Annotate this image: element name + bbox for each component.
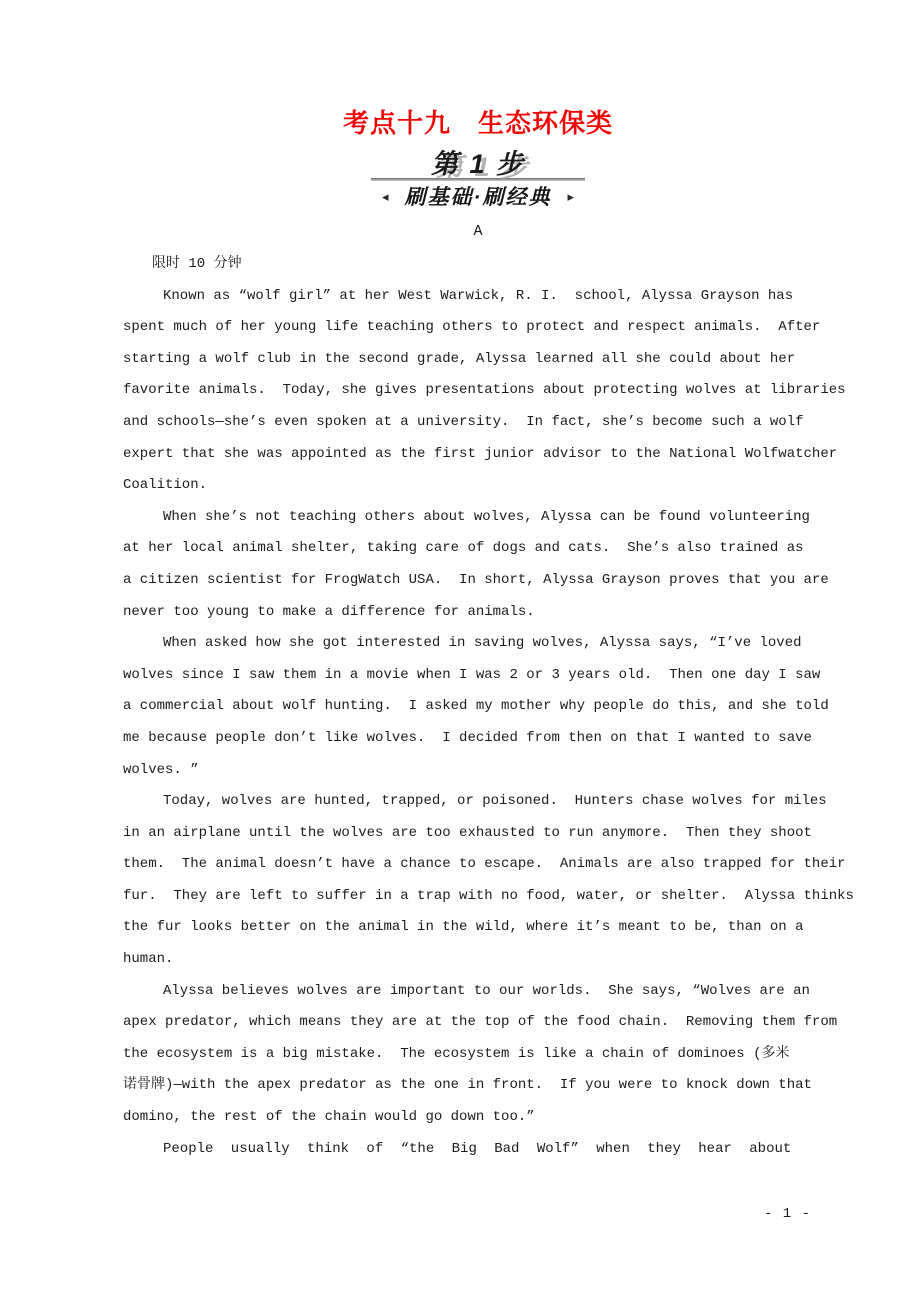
passage-line: the fur looks better on the animal in th… [123, 912, 833, 944]
right-arrow-icon: ▸ [568, 190, 575, 203]
passage-line: never too young to make a difference for… [123, 597, 833, 629]
passage-line: at her local animal shelter, taking care… [123, 533, 833, 565]
passage-line: expert that she was appointed as the fir… [123, 439, 833, 471]
left-arrow-icon: ◂ [382, 190, 389, 203]
passage-line: starting a wolf club in the second grade… [123, 344, 833, 376]
passage-line: the ecosystem is a big mistake. The ecos… [123, 1039, 833, 1071]
passage-line: and schools—she’s even spoken at a unive… [123, 407, 833, 439]
passage-line: me because people don’t like wolves. I d… [123, 723, 833, 755]
page-title: 考点十九 生态环保类 [123, 106, 833, 140]
passage-line: domino, the rest of the chain would go d… [123, 1102, 833, 1134]
step-banner: 第 1 步 ◂ 刷基础·刷经典 ▸ [123, 148, 833, 208]
banner-subtitle: ◂ 刷基础·刷经典 ▸ [123, 184, 833, 208]
passage-line: wolves. ” [123, 755, 833, 787]
section-label-a: A [123, 222, 833, 242]
banner-subtitle-text: 刷基础·刷经典 [405, 181, 552, 211]
passage-line: Today, wolves are hunted, trapped, or po… [123, 786, 833, 818]
step-banner-label: 第 1 步 [123, 148, 833, 180]
reading-passage: 限时 10 分钟 Known as “wolf girl” at her Wes… [123, 249, 833, 1165]
passage-line: Alyssa believes wolves are important to … [123, 976, 833, 1008]
passage-line: wolves since I saw them in a movie when … [123, 660, 833, 692]
passage-line: People usually think of “the Big Bad Wol… [123, 1134, 833, 1166]
passage-line: fur. They are left to suffer in a trap w… [123, 881, 833, 913]
passage-line: 诺骨牌)—with the apex predator as the one i… [123, 1070, 833, 1102]
time-limit-note: 限时 10 分钟 [123, 249, 833, 281]
passage-line: them. The animal doesn’t have a chance t… [123, 849, 833, 881]
passage-line: spent much of her young life teaching ot… [123, 312, 833, 344]
passage-line: favorite animals. Today, she gives prese… [123, 375, 833, 407]
passage-line: Coalition. [123, 470, 833, 502]
passage-line: When she’s not teaching others about wol… [123, 502, 833, 534]
page-number: - 1 - [764, 1206, 811, 1222]
passage-line: in an airplane until the wolves are too … [123, 818, 833, 850]
passage-line: a commercial about wolf hunting. I asked… [123, 691, 833, 723]
passage-line: When asked how she got interested in sav… [123, 628, 833, 660]
passage-line: a citizen scientist for FrogWatch USA. I… [123, 565, 833, 597]
document-page: 考点十九 生态环保类 第 1 步 ◂ 刷基础·刷经典 ▸ A 限时 10 分钟 … [123, 0, 833, 1165]
passage-line: apex predator, which means they are at t… [123, 1007, 833, 1039]
passage-line: Known as “wolf girl” at her West Warwick… [123, 281, 833, 313]
passage-line: human. [123, 944, 833, 976]
